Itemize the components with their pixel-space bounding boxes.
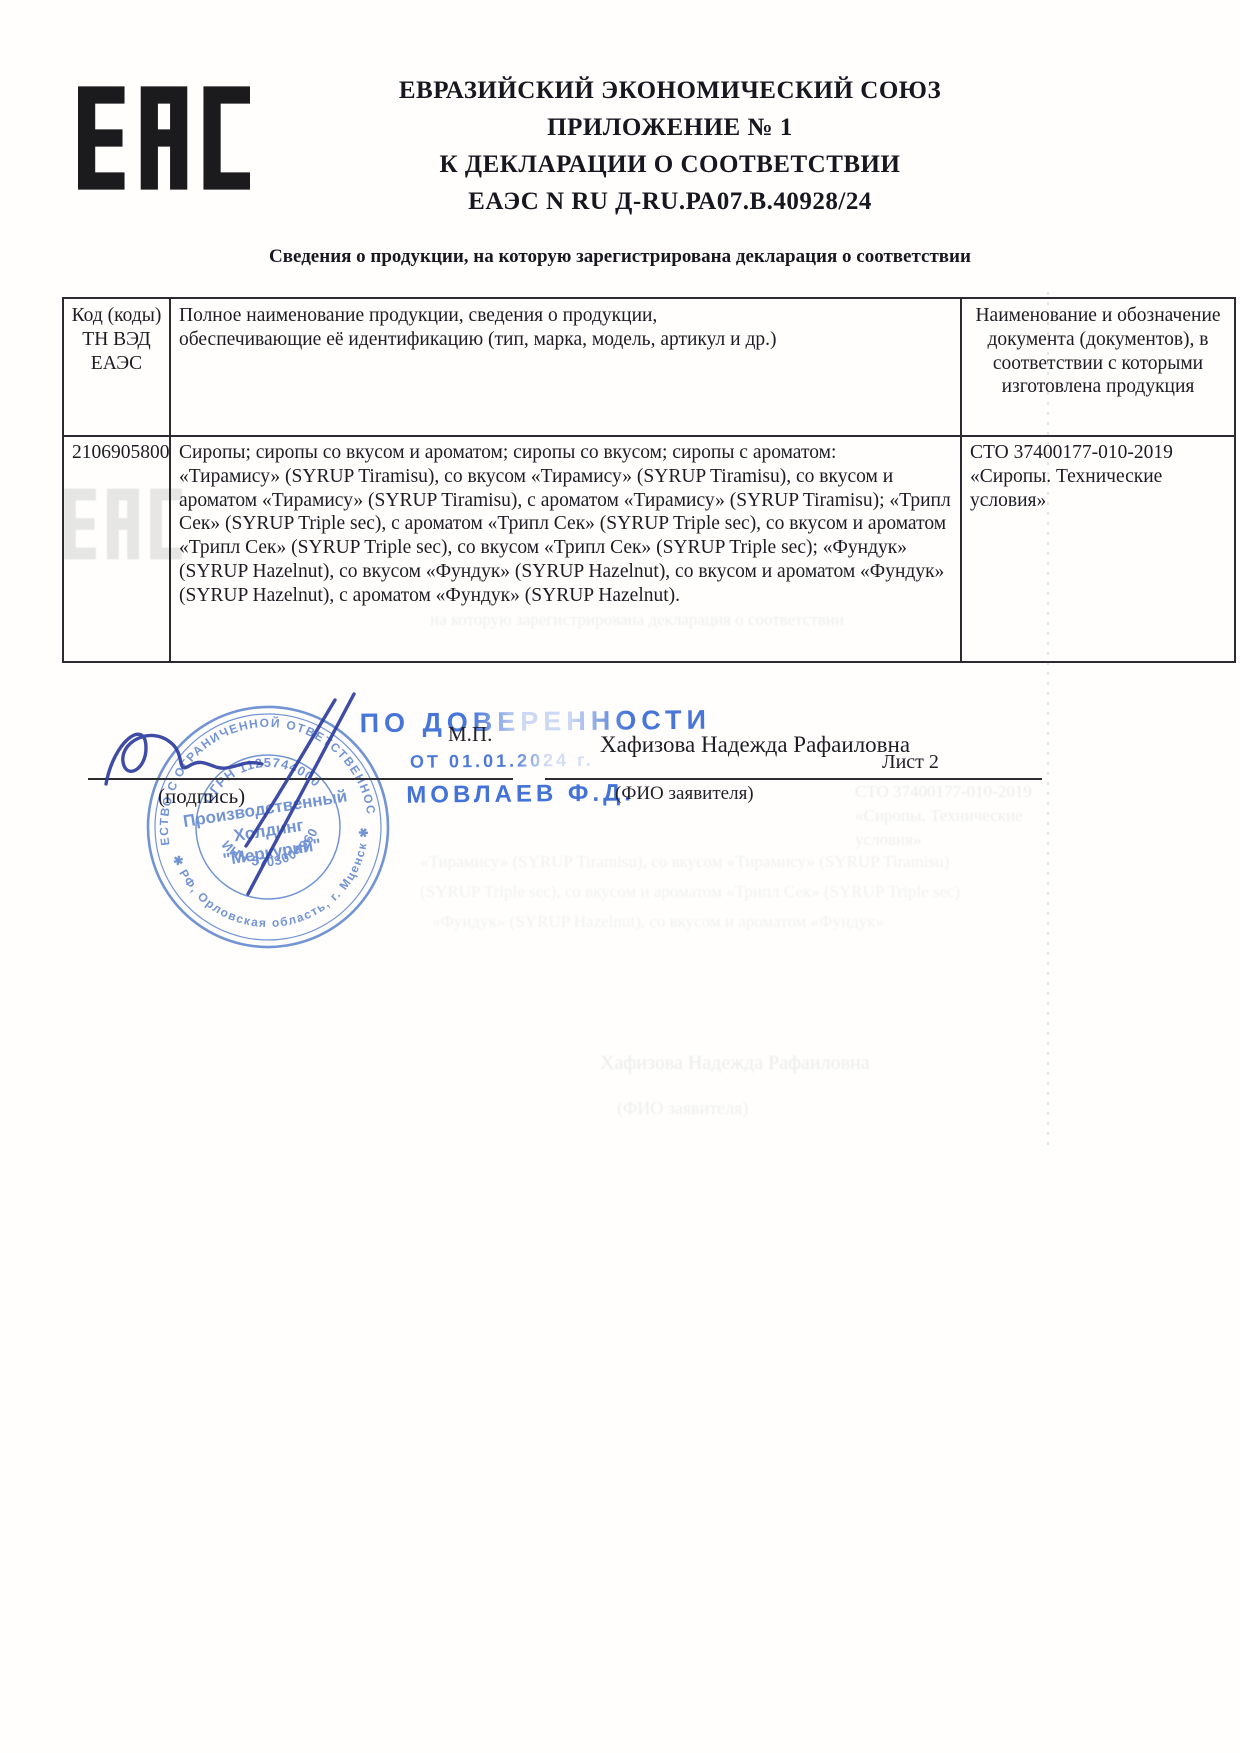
document-subtitle: Сведения о продукции, на которую зарегис…	[0, 246, 1240, 268]
applicant-caption: (ФИО заявителя)	[615, 783, 754, 805]
table-row: 2106905800 Сиропы; сиропы со вкусом и ар…	[63, 436, 1235, 662]
title-union-line: ЕВРАЗИЙСКИЙ ЭКОНОМИЧЕСКИЙ СОЮЗ	[250, 72, 1090, 109]
ghost-text: Хафизова Надежда Рафаиловна	[600, 1052, 870, 1075]
ghost-text: (SYRUP Triple sec), со вкусом и ароматом…	[420, 882, 960, 902]
ghost-text: «Фундук» (SYRUP Hazelnut), со вкусом и а…	[432, 912, 884, 932]
seal-place-label: М.П.	[448, 722, 492, 747]
cell-product-description: Сиропы; сиропы со вкусом и ароматом; сир…	[170, 436, 961, 662]
ghost-text: «Тирамису» (SYRUP Tiramisu), со вкусом «…	[420, 852, 949, 872]
cell-code: 2106905800	[63, 436, 170, 662]
product-table: Код (коды) ТН ВЭД ЕАЭС Полное наименован…	[62, 297, 1236, 663]
applicant-name: Хафизова Надежда Рафаиловна	[600, 732, 910, 758]
title-appendix-line: ПРИЛОЖЕНИЕ № 1	[250, 109, 1090, 146]
attorney-stamp-line3: МОВЛАЕВ Ф.Д.	[406, 779, 635, 809]
ghost-text: СТО 37400177-010-2019	[855, 782, 1032, 802]
header-code: Код (коды) ТН ВЭД ЕАЭС	[63, 298, 170, 436]
handwritten-signature	[92, 688, 392, 908]
header-product: Полное наименование продукции, сведения …	[170, 298, 961, 436]
document-page: на которую зарегистрирована декларация о…	[0, 0, 1240, 1753]
title-number-line: ЕАЭС N RU Д-RU.РА07.В.40928/24	[250, 183, 1090, 220]
sheet-number: Лист 2	[882, 751, 939, 774]
applicant-name-line	[545, 778, 1042, 780]
ghost-text: (ФИО заявителя)	[617, 1098, 748, 1119]
document-title: ЕВРАЗИЙСКИЙ ЭКОНОМИЧЕСКИЙ СОЮЗ ПРИЛОЖЕНИ…	[250, 72, 1090, 220]
header-document: Наименование и обозначение документа (до…	[961, 298, 1235, 436]
ghost-text: «Сиропы. Технические	[855, 806, 1023, 826]
cell-document: СТО 37400177-010-2019 «Сиропы. Техническ…	[961, 436, 1235, 662]
eac-logo	[78, 86, 250, 190]
attorney-stamp-line2: ОТ 01.01.2024 г.	[410, 750, 594, 773]
table-header-row: Код (коды) ТН ВЭД ЕАЭС Полное наименован…	[63, 298, 1235, 436]
ghost-text: условия»	[855, 830, 921, 850]
title-declaration-line: К ДЕКЛАРАЦИИ О СООТВЕТСТВИИ	[250, 146, 1090, 183]
